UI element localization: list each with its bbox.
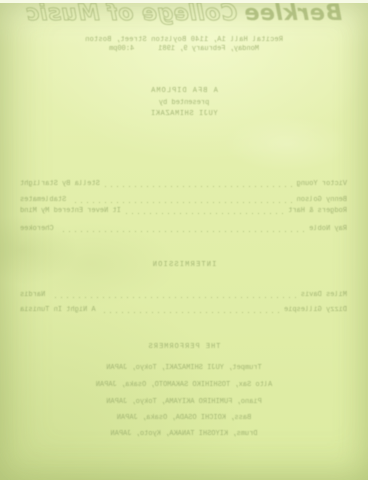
- program-row: Rodgers & Hart It Never Entered My Mind: [20, 207, 347, 215]
- program-row: Ray Noble Cherokee: [20, 225, 347, 233]
- composer-name: Benny Golson: [297, 196, 347, 204]
- composer-name: Miles Davis: [301, 291, 347, 299]
- work-title: Stablemates: [20, 196, 66, 204]
- dotted-leader: [101, 311, 279, 313]
- performer-city: Tokyo: [127, 398, 156, 406]
- composer-name: Dizzy Gillespie: [284, 306, 347, 314]
- performer-name: TOSHIHIKO SAKAMOTO: [146, 381, 230, 389]
- performer-name: FUMIHIRO AKIYAMA: [157, 398, 233, 406]
- program-row: Victor Young Stella By Starlight: [20, 180, 347, 188]
- performer-country: JAPAN: [96, 381, 117, 389]
- time-text: 4:00pm: [109, 45, 134, 53]
- performer-country: JAPAN: [110, 430, 131, 438]
- performers-heading: THE PERFORMERS: [0, 343, 368, 351]
- performer-row: TrumpetYUJI SHIMAZAKITokyoJAPAN: [0, 364, 368, 372]
- performer-country: JAPAN: [106, 398, 127, 406]
- work-title: A Night In Tunisia: [20, 306, 96, 314]
- work-title: Stella By Starlight: [20, 180, 100, 188]
- performer-instrument: Bass: [226, 414, 251, 422]
- performer-city: Osaka: [117, 381, 146, 389]
- performer-name: KIYOSHI TANAKA: [161, 430, 228, 438]
- dotted-leader: [50, 296, 296, 298]
- performer-instrument: Trumpet: [224, 364, 262, 372]
- performer-country: JAPAN: [106, 364, 127, 372]
- performer-instrument: Drums: [228, 430, 257, 438]
- work-title: Nardis: [20, 291, 45, 299]
- recital-title: A BFA DIPLOMA: [0, 87, 368, 95]
- presenter-name: YUJI SHIMAZAKI: [0, 110, 368, 118]
- performer-name: KOICHI OSADA: [167, 414, 226, 422]
- work-title: It Never Entered My Mind: [20, 207, 121, 215]
- composer-name: Rodgers & Hart: [288, 207, 347, 215]
- program-sheet: BerkleeCollege of Music Recital Hall 1A,…: [0, 0, 368, 480]
- berklee-wordmark: Berklee: [244, 1, 342, 26]
- performer-row: PianoFUMIHIRO AKIYAMATokyoJAPAN: [0, 398, 368, 406]
- performer-instrument: Piano: [232, 398, 261, 406]
- composer-name: Ray Noble: [309, 225, 347, 233]
- performer-name: YUJI SHIMAZAKI: [157, 364, 224, 372]
- performer-city: Osaka: [138, 414, 167, 422]
- composer-name: Victor Young: [297, 180, 347, 188]
- performer-row: BassKOICHI OSADAOsakaJAPAN: [0, 414, 368, 422]
- work-title: Cherokee: [20, 225, 54, 233]
- program-row: Dizzy Gillespie A Night In Tunisia: [20, 306, 347, 314]
- scan-edge-strip: [0, 0, 368, 3]
- college-of-music-wordmark: College of Music: [26, 1, 237, 26]
- dotted-leader: [59, 230, 305, 232]
- presented-by-label: presented by: [0, 99, 368, 107]
- performer-city: Kyoto: [131, 430, 160, 438]
- performer-country: JAPAN: [117, 414, 138, 422]
- dotted-leader: [105, 185, 292, 187]
- program-row: Benny Golson Stablemates: [20, 196, 347, 204]
- program-row: Miles Davis Nardis: [20, 291, 347, 299]
- performer-row: DrumsKIYOSHI TANAKAKyotoJAPAN: [0, 430, 368, 438]
- performer-row: Alto SaxTOSHIHIKO SAKAMOTOOsakaJAPAN: [0, 381, 368, 389]
- dotted-leader: [71, 201, 291, 203]
- venue-line: Recital Hall 1A, 1140 Boylston Street, B…: [0, 36, 368, 44]
- intermission-heading: INTERMISSION: [0, 261, 368, 269]
- dotted-leader: [126, 212, 283, 214]
- date-line: Monday, February 9, 1981 4:00pm: [0, 45, 368, 53]
- berklee-logo: BerkleeCollege of Music: [0, 1, 368, 26]
- date-text: Monday, February 9, 1981: [158, 45, 259, 53]
- performer-city: Tokyo: [127, 364, 156, 372]
- performer-instrument: Alto Sax: [230, 381, 272, 389]
